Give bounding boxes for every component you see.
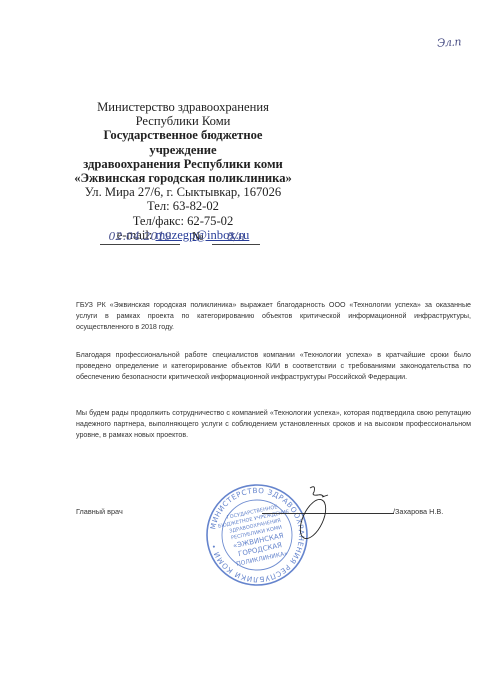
letterhead-institution-name: «Эжвинская городская поликлиника» [72, 171, 294, 185]
letterhead: Министерство здравоохранения Республики … [72, 100, 294, 242]
letterhead-republic: Республики Коми [72, 114, 294, 128]
paragraph-gratitude: ГБУЗ РК «Эжвинская городская поликлиника… [76, 300, 471, 332]
letterhead-ministry: Министерство здравоохранения [72, 100, 294, 114]
paragraph-future-cooperation: Мы будем рады продолжить сотрудничество … [76, 408, 471, 440]
signatory-name: /Захарова Н.В. [393, 507, 443, 516]
reference-number-label: № [192, 229, 203, 244]
registration-mark: Эл.п [437, 35, 462, 50]
paragraph-work-description: Благодаря профессиональной работе специа… [76, 350, 471, 382]
reference-number: 8/н [212, 229, 260, 245]
letterhead-institution-type: Государственное бюджетное учреждение [72, 128, 294, 156]
reference-line: 02.04.2019 № 8/н [100, 229, 290, 247]
letterhead-fax: Тел/факс: 62-75-02 [72, 214, 294, 228]
letterhead-phone: Тел: 63-82-02 [72, 199, 294, 213]
signatory-title: Главный врач [76, 507, 123, 516]
reference-date: 02.04.2019 [100, 229, 180, 245]
letterhead-institution-sector: здравоохранения Республики коми [72, 157, 294, 171]
letterhead-address: Ул. Мира 27/6, г. Сыктывкар, 167026 [72, 185, 294, 199]
handwritten-signature-icon [290, 484, 370, 544]
